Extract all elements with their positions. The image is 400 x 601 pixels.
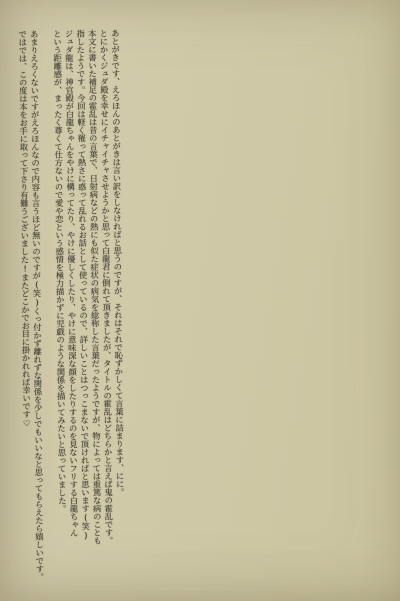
afterword-text-block: あとがきです、えろほんのあとがきは言い訳をしなければと思うのですが、それはそれで… <box>16 29 126 596</box>
afterword-page: あとがきです、えろほんのあとがきは言い訳をしなければと思うのですが、それはそれで… <box>0 0 400 601</box>
